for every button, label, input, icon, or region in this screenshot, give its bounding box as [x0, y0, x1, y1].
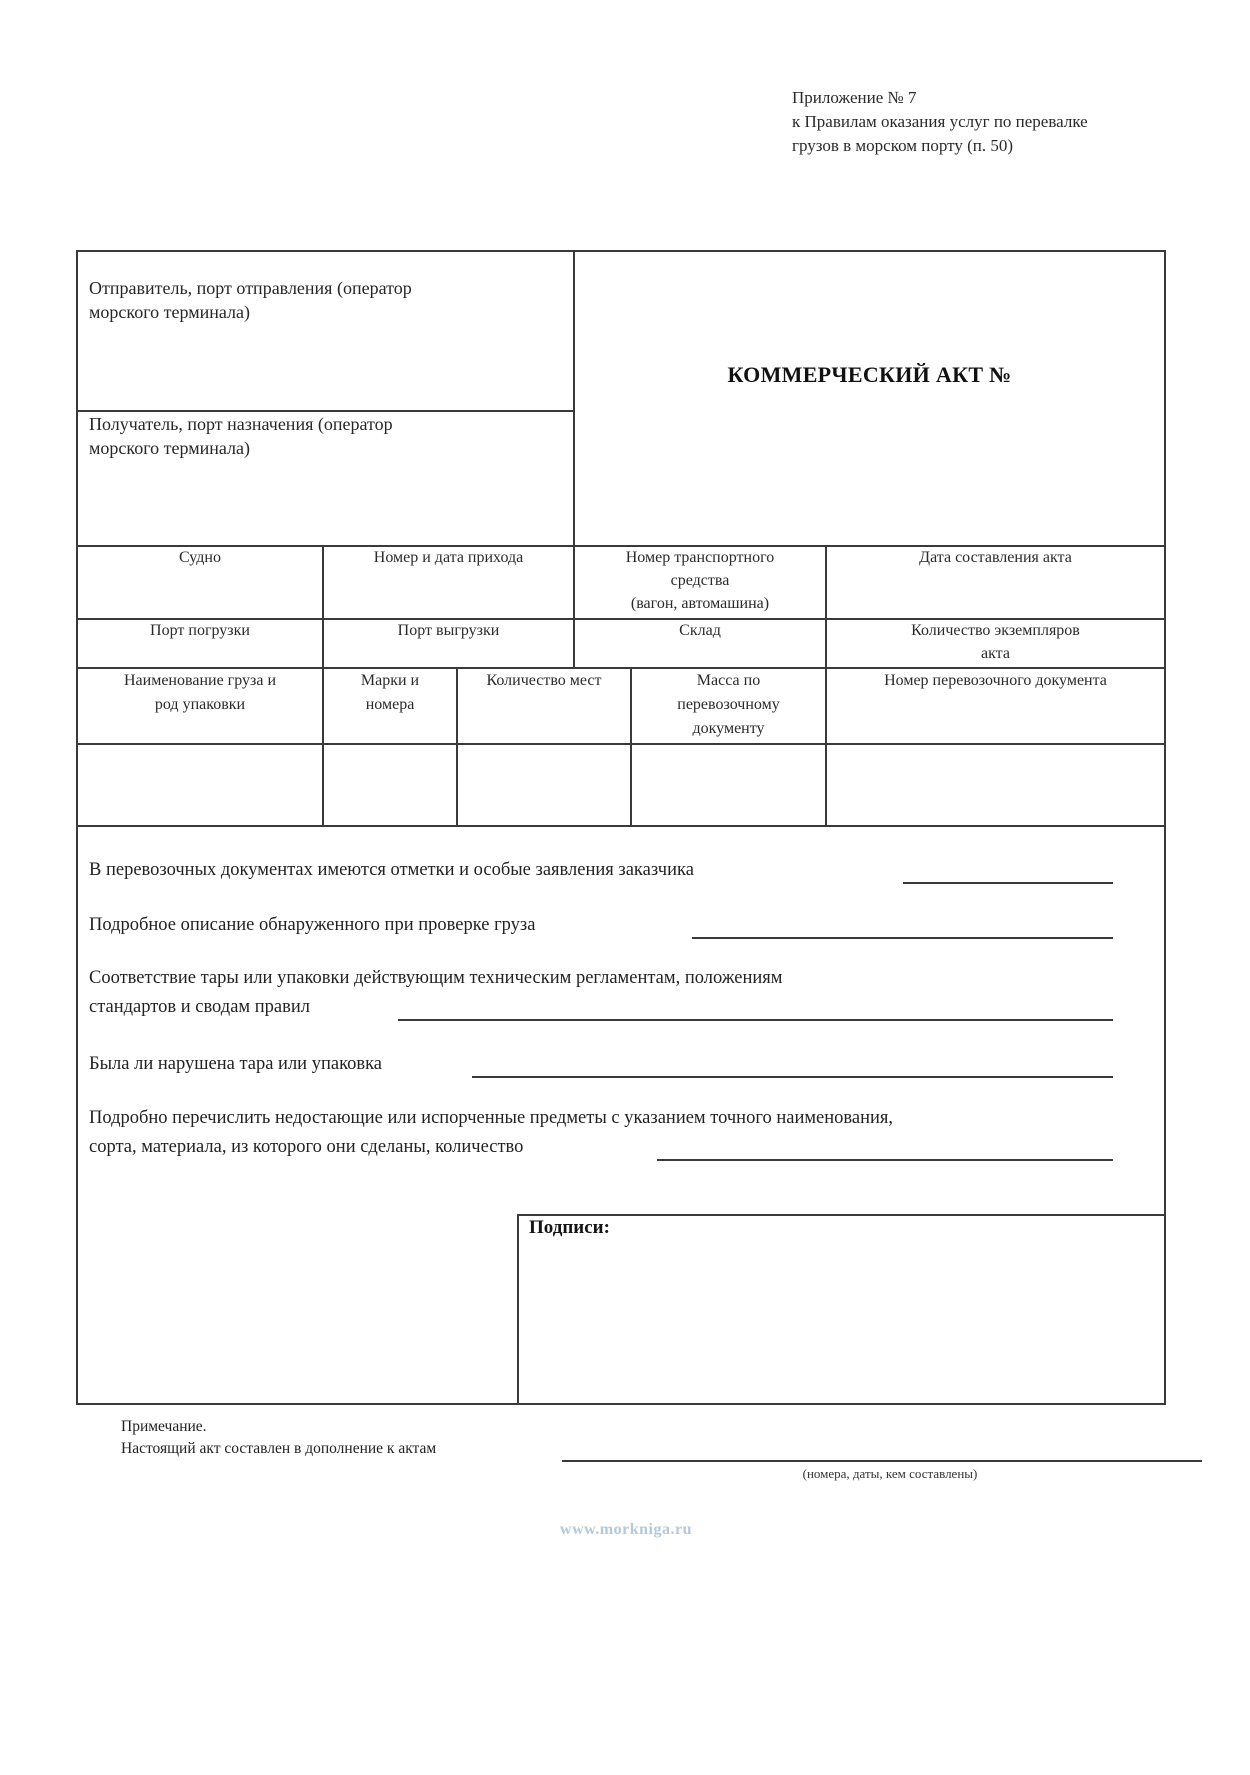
header-cargo-line-1: Наименование груза и	[78, 669, 322, 693]
header-copies-line-2: акта	[827, 642, 1164, 665]
cell-marks-value[interactable]	[324, 745, 456, 825]
header-transport: Номер транспортного средства (вагон, авт…	[575, 546, 825, 615]
field-customer-marks[interactable]	[903, 882, 1113, 884]
header-doc-number: Номер перевозочного документа	[827, 669, 1164, 693]
receiver-label: Получатель, порт назначения (оператор мо…	[89, 412, 393, 460]
note-text: Настоящий акт составлен в дополнение к а…	[121, 1438, 436, 1460]
signature-box-top	[517, 1214, 1166, 1216]
header-cargo: Наименование груза и род упаковки	[78, 669, 322, 717]
header-vessel: Судно	[78, 546, 322, 570]
sender-label-line-2: морского терминала)	[89, 300, 412, 324]
header-unloading-port: Порт выгрузки	[324, 619, 573, 643]
header-loading-port: Порт погрузки	[78, 619, 322, 643]
cell-doc-number-value[interactable]	[827, 745, 1164, 825]
cell-mass-value[interactable]	[632, 745, 825, 825]
sender-label: Отправитель, порт отправления (оператор …	[89, 276, 412, 324]
header-mass-line-1: Масса по	[632, 669, 825, 693]
appendix-line-1: Приложение № 7	[792, 86, 1088, 110]
table-border-bottom	[76, 1403, 1166, 1405]
header-transport-line-2: средства	[575, 569, 825, 592]
signatures-label: Подписи:	[529, 1217, 610, 1239]
header-places: Количество мест	[458, 669, 630, 693]
field-packaging-compliance[interactable]	[398, 1019, 1113, 1021]
cell-cargo-value[interactable]	[78, 745, 322, 825]
line-missing-items-1: Подробно перечислить недостающие или исп…	[89, 1104, 893, 1132]
header-transport-line-3: (вагон, автомашина)	[575, 592, 825, 615]
receiver-label-line-1: Получатель, порт назначения (оператор	[89, 412, 393, 436]
header-transport-line-1: Номер транспортного	[575, 546, 825, 569]
row4-bottom	[76, 825, 1166, 827]
header-act-date: Дата составления акта	[827, 546, 1164, 570]
appendix-line-3: грузов в морском порту (п. 50)	[792, 134, 1088, 158]
note-title: Примечание.	[121, 1416, 207, 1438]
line-cargo-description: Подробное описание обнаруженного при про…	[89, 911, 535, 939]
cell-places-value[interactable]	[458, 745, 630, 825]
field-related-acts[interactable]	[562, 1460, 1202, 1462]
header-mass-line-2: перевозочному	[632, 693, 825, 717]
sender-label-line-1: Отправитель, порт отправления (оператор	[89, 276, 412, 300]
field-packaging-damaged[interactable]	[472, 1076, 1113, 1078]
table-border-right	[1164, 250, 1166, 1405]
header-marks-line-1: Марки и	[324, 669, 456, 693]
watermark: www.morkniga.ru	[526, 1521, 726, 1539]
line-packaging-damaged: Была ли нарушена тара или упаковка	[89, 1050, 382, 1078]
signatures-area[interactable]	[519, 1245, 1164, 1403]
top-section-divider	[573, 250, 575, 546]
appendix-header: Приложение № 7 к Правилам оказания услуг…	[792, 86, 1088, 158]
header-arrival: Номер и дата прихода	[324, 546, 573, 570]
field-missing-items[interactable]	[657, 1159, 1113, 1161]
header-warehouse: Склад	[575, 619, 825, 643]
act-title: КОММЕРЧЕСКИЙ АКТ №	[575, 362, 1164, 388]
header-cargo-line-2: род упаковки	[78, 693, 322, 717]
table-border-top	[76, 250, 1166, 252]
related-acts-caption: (номера, даты, кем составлены)	[700, 1466, 1080, 1482]
line-customer-marks: В перевозочных документах имеются отметк…	[89, 856, 694, 884]
table-border-left	[76, 250, 78, 1405]
header-mass: Масса по перевозочному документу	[632, 669, 825, 741]
receiver-label-line-2: морского терминала)	[89, 436, 393, 460]
line-packaging-compliance-2: стандартов и сводам правил	[89, 993, 310, 1021]
header-marks-line-2: номера	[324, 693, 456, 717]
field-cargo-description[interactable]	[692, 937, 1113, 939]
header-copies: Количество экземпляров акта	[827, 619, 1164, 665]
appendix-line-2: к Правилам оказания услуг по перевалке	[792, 110, 1088, 134]
line-missing-items-2: сорта, материала, из которого они сделан…	[89, 1133, 523, 1161]
header-marks: Марки и номера	[324, 669, 456, 717]
line-packaging-compliance-1: Соответствие тары или упаковки действующ…	[89, 964, 783, 992]
header-copies-line-1: Количество экземпляров	[827, 619, 1164, 642]
header-mass-line-3: документу	[632, 717, 825, 741]
